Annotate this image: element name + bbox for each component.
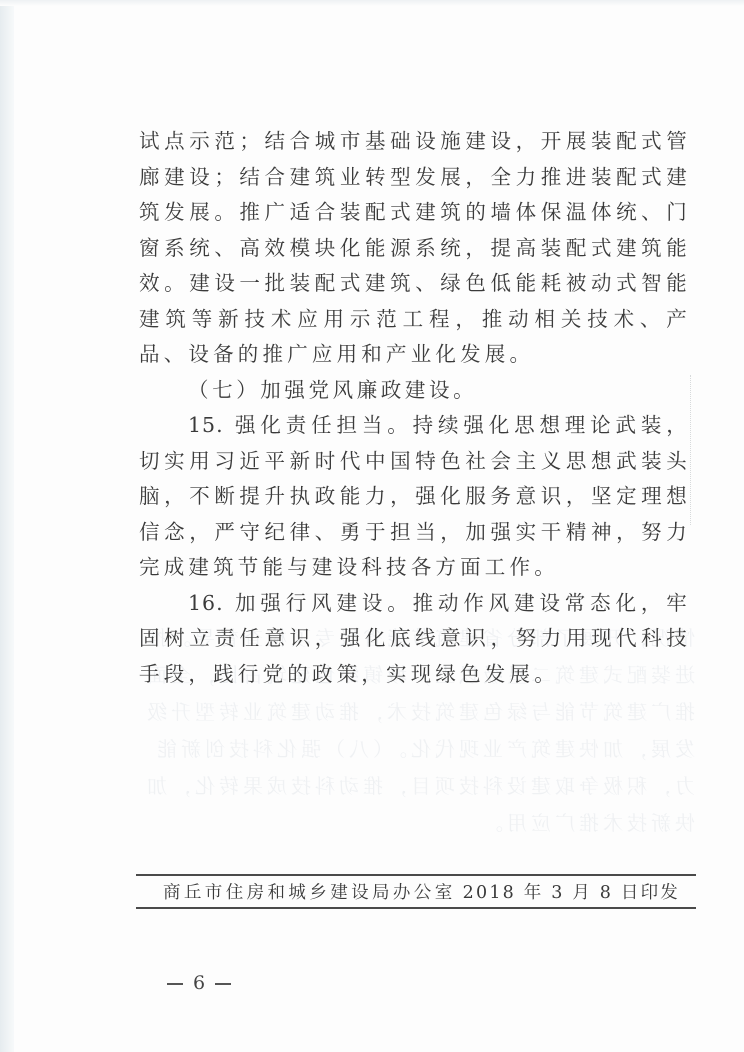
document-body: 试点示范；结合城市基础设施建设，开展装配式管廊建设；结合建筑业转型发展，全力推进… bbox=[139, 124, 691, 692]
page-number: 6 bbox=[157, 972, 241, 994]
paragraph-item-16: 16. 加强行风建设。推动作风建设常态化，牢固树立责任意识，强化底线意识，努力用… bbox=[139, 586, 691, 693]
scan-edge-left bbox=[0, 0, 14, 1052]
paragraph-assembly-building: 试点示范；结合城市基础设施建设，开展装配式管廊建设；结合建筑业转型发展，全力推进… bbox=[139, 124, 691, 373]
scan-edge-top bbox=[0, 0, 744, 6]
item-number: 15. bbox=[188, 413, 224, 437]
page-dash-right bbox=[215, 983, 231, 985]
page-dash-left bbox=[167, 983, 183, 985]
paragraph-item-15: 15. 强化责任担当。持续强化思想理论武装，切实用习近平新时代中国特色社会主义思… bbox=[139, 408, 691, 586]
item-text: 强化责任担当。持续强化思想理论武装，切实用习近平新时代中国特色社会主义思想武装头… bbox=[139, 413, 691, 579]
page-number-value: 6 bbox=[193, 972, 205, 994]
issue-date: 2018 年 3 月 8 日印发 bbox=[463, 879, 680, 904]
footer-bottom-rule bbox=[136, 907, 696, 909]
section-heading-7: （七）加强党风廉政建设。 bbox=[139, 373, 691, 409]
item-number: 16. bbox=[188, 591, 224, 615]
binding-margin-marks bbox=[690, 375, 695, 525]
footer-top-rule bbox=[136, 874, 696, 876]
issuer-name: 商丘市住房和城乡建设局办公室 bbox=[163, 879, 456, 904]
